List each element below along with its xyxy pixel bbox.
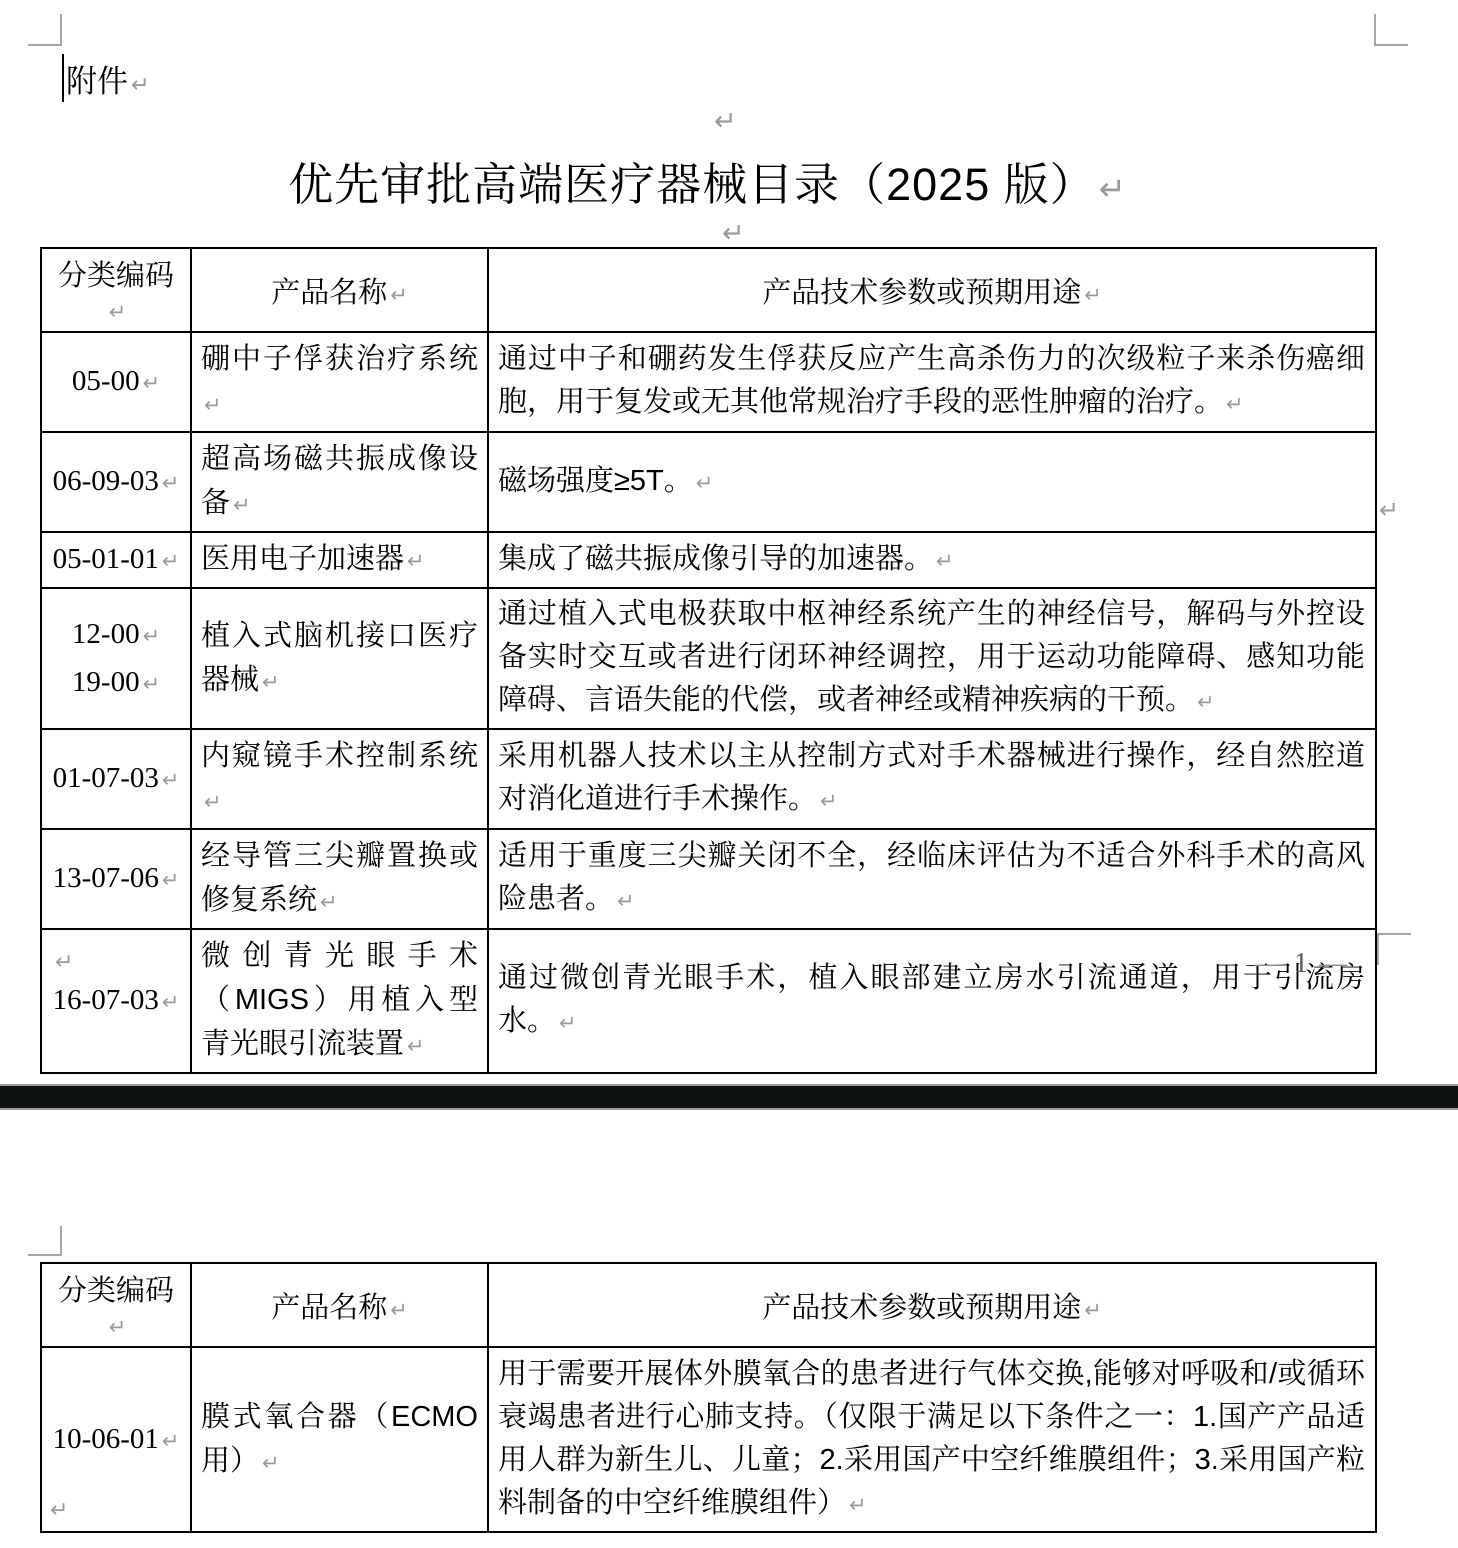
paragraph-mark-icon bbox=[106, 294, 127, 326]
paragraph-mark-icon bbox=[1096, 159, 1127, 210]
paragraph-mark-icon bbox=[556, 1005, 577, 1037]
classification-code: 01-07-03 bbox=[53, 762, 159, 794]
product-specs: 用于需要开展体外膜氧合的患者进行气体交换,能够对呼吸和/或循环衰竭患者进行心肺支… bbox=[498, 1358, 1365, 1519]
paragraph-mark-icon bbox=[140, 666, 161, 698]
product-name: 硼中子俘获治疗系统 bbox=[201, 343, 478, 375]
paragraph-mark-icon bbox=[140, 365, 161, 397]
paragraph-mark-icon bbox=[259, 1445, 280, 1477]
page-title-text: 优先审批高端医疗器械目录（2025 版） bbox=[288, 159, 1096, 210]
paragraph-mark-icon bbox=[259, 664, 280, 696]
paragraph-mark-icon bbox=[230, 487, 251, 519]
paragraph-mark-icon bbox=[106, 1309, 127, 1341]
word-document-canvas[interactable]: { "colors": { "table_border": "#000000",… bbox=[0, 0, 1458, 1548]
margin-corner-top-left-icon bbox=[28, 1226, 62, 1256]
cell-product-specs: 采用机器人技术以主从控制方式对手术器械进行操作，经自然腔道对消化道进行手术操作。 bbox=[488, 729, 1376, 829]
page-number-dash: — bbox=[1319, 948, 1349, 979]
cell-product-name: 超高场磁共振成像设备 bbox=[191, 432, 488, 532]
cell-classification-code: 13-07-06 bbox=[41, 829, 191, 929]
margin-corner-top-left-icon bbox=[28, 14, 62, 46]
table-row: 16-07-03 微创青光眼手术（MIGS）用植入型青光眼引流装置 通过微创青光… bbox=[41, 929, 1376, 1073]
product-specs: 磁场强度≥5T。 bbox=[498, 465, 693, 497]
cell-product-specs: 磁场强度≥5T。 bbox=[488, 432, 1376, 532]
product-name: 经导管三尖瓣置换或修复系统 bbox=[201, 840, 478, 916]
classification-code: 19-00 bbox=[72, 666, 140, 698]
margin-corner-bottom-right-icon bbox=[1377, 933, 1411, 965]
cell-classification-code: 12-00 19-00 bbox=[41, 588, 191, 729]
table-row: 01-07-03 内窥镜手术控制系统 采用机器人技术以主从控制方式对手术器械进行… bbox=[41, 729, 1376, 829]
product-name: 植入式脑机接口医疗器械 bbox=[201, 620, 478, 696]
code-line: 19-00 bbox=[46, 659, 186, 707]
paragraph-mark-icon: ↵ bbox=[1379, 496, 1399, 524]
product-specs: 集成了磁共振成像引导的加速器。 bbox=[498, 543, 933, 575]
table-row: 06-09-03 超高场磁共振成像设备 磁场强度≥5T。 bbox=[41, 432, 1376, 532]
product-name: 膜式氧合器（ECMO 用） bbox=[201, 1401, 478, 1477]
page-break-separator bbox=[0, 1084, 1458, 1110]
table-row: 05-00 硼中子俘获治疗系统 通过中子和硼药发生俘获反应产生高杀伤力的次级粒子… bbox=[41, 332, 1376, 432]
header-text: 产品技术参数或预期用途 bbox=[762, 1292, 1081, 1324]
paragraph-mark-icon bbox=[140, 618, 161, 650]
paragraph-mark-icon bbox=[159, 762, 180, 794]
header-product-name: 产品名称 bbox=[191, 248, 488, 332]
table-row: 05-01-01 医用电子加速器 集成了磁共振成像引导的加速器。 bbox=[41, 532, 1376, 588]
page-number: — 1 — bbox=[1222, 948, 1382, 980]
cell-product-name: 医用电子加速器 bbox=[191, 532, 488, 588]
page-title: 优先审批高端医疗器械目录（2025 版） bbox=[40, 148, 1375, 213]
product-specs: 通过植入式电极获取中枢神经系统产生的神经信号，解码与外控设备实时交互或者进行闭环… bbox=[498, 598, 1365, 716]
cell-product-name: 内窥镜手术控制系统 bbox=[191, 729, 488, 829]
paragraph-mark-icon: ↵ bbox=[714, 106, 737, 137]
classification-code: 13-07-06 bbox=[53, 862, 159, 894]
paragraph-mark-icon: ↵ bbox=[50, 1498, 68, 1523]
header-text: 产品名称 bbox=[271, 277, 387, 309]
paragraph-mark-icon bbox=[317, 884, 338, 916]
paragraph-mark-icon bbox=[159, 543, 180, 575]
paragraph-mark-icon bbox=[1194, 684, 1215, 716]
classification-code: 05-00 bbox=[72, 365, 140, 397]
catalog-table-page1[interactable]: 分类编码 产品名称 产品技术参数或预期用途 05-00 硼中子俘获治疗系统 通过… bbox=[40, 247, 1377, 1074]
table-row: 12-00 19-00 植入式脑机接口医疗器械 通过植入式电极获取中枢神经系统产… bbox=[41, 588, 1376, 729]
classification-code: 06-09-03 bbox=[53, 465, 159, 497]
cell-product-specs: 通过中子和硼药发生俘获反应产生高杀伤力的次级粒子来杀伤癌细胞，用于复发或无其他常… bbox=[488, 332, 1376, 432]
cell-product-name: 膜式氧合器（ECMO 用） bbox=[191, 1347, 488, 1532]
paragraph-mark-icon bbox=[404, 543, 425, 575]
paragraph-mark-icon bbox=[159, 1423, 180, 1455]
paragraph-mark-icon bbox=[614, 883, 635, 915]
catalog-table-page2[interactable]: 分类编码 产品名称 产品技术参数或预期用途 10-06-01 膜式氧合器（ECM… bbox=[40, 1262, 1377, 1533]
cell-product-specs: 通过植入式电极获取中枢神经系统产生的神经信号，解码与外控设备实时交互或者进行闭环… bbox=[488, 588, 1376, 729]
header-classification-code: 分类编码 bbox=[41, 248, 191, 332]
text-cursor bbox=[62, 54, 64, 102]
cell-classification-code: 01-07-03 bbox=[41, 729, 191, 829]
paragraph-mark-icon: ↵ bbox=[55, 950, 73, 975]
paragraph-mark-icon bbox=[1223, 386, 1244, 418]
product-name: 内窥镜手术控制系统 bbox=[201, 740, 478, 772]
classification-code: 05-01-01 bbox=[53, 543, 159, 575]
paragraph-mark-icon bbox=[933, 543, 954, 575]
paragraph-mark-icon bbox=[1081, 1292, 1102, 1324]
paragraph-mark-icon bbox=[159, 465, 180, 497]
paragraph-mark-icon: ↵ bbox=[722, 218, 745, 249]
product-name: 微创青光眼手术（MIGS）用植入型青光眼引流装置 bbox=[201, 940, 478, 1060]
cell-product-name: 经导管三尖瓣置换或修复系统 bbox=[191, 829, 488, 929]
paragraph-mark-icon bbox=[404, 1028, 425, 1060]
header-product-name: 产品名称 bbox=[191, 1263, 488, 1347]
page-number-dash: — bbox=[1255, 948, 1285, 979]
cell-product-specs: 适用于重度三尖瓣关闭不全，经临床评估为不适合外科手术的高风险患者。 bbox=[488, 829, 1376, 929]
page-number-value: 1 bbox=[1294, 948, 1310, 979]
attachment-label: 附件 bbox=[66, 56, 150, 101]
classification-code: 10-06-01 bbox=[53, 1423, 159, 1455]
code-line: 12-00 bbox=[46, 611, 186, 659]
paragraph-mark-icon bbox=[817, 783, 838, 815]
table-row: 10-06-01 膜式氧合器（ECMO 用） 用于需要开展体外膜氧合的患者进行气… bbox=[41, 1347, 1376, 1532]
header-text: 产品技术参数或预期用途 bbox=[762, 277, 1081, 309]
header-product-specs: 产品技术参数或预期用途 bbox=[488, 248, 1376, 332]
classification-code: 12-00 bbox=[72, 618, 140, 650]
header-text: 分类编码 bbox=[58, 1275, 174, 1307]
product-name: 医用电子加速器 bbox=[201, 543, 404, 575]
cell-classification-code: 06-09-03 bbox=[41, 432, 191, 532]
paragraph-mark-icon bbox=[201, 784, 222, 816]
cell-classification-code: 05-01-01 bbox=[41, 532, 191, 588]
table-header-row: 分类编码 产品名称 产品技术参数或预期用途 bbox=[41, 1263, 1376, 1347]
table-row: 13-07-06 经导管三尖瓣置换或修复系统 适用于重度三尖瓣关闭不全，经临床评… bbox=[41, 829, 1376, 929]
paragraph-mark-icon bbox=[846, 1487, 867, 1519]
header-product-specs: 产品技术参数或预期用途 bbox=[488, 1263, 1376, 1347]
margin-corner-top-right-icon bbox=[1374, 14, 1408, 46]
paragraph-mark-icon bbox=[693, 465, 714, 497]
table-header-row: 分类编码 产品名称 产品技术参数或预期用途 bbox=[41, 248, 1376, 332]
classification-code: 16-07-03 bbox=[53, 984, 159, 1016]
attachment-label-text: 附件 bbox=[66, 64, 128, 99]
cell-classification-code: 05-00 bbox=[41, 332, 191, 432]
header-text: 产品名称 bbox=[271, 1292, 387, 1324]
cell-product-specs: 用于需要开展体外膜氧合的患者进行气体交换,能够对呼吸和/或循环衰竭患者进行心肺支… bbox=[488, 1347, 1376, 1532]
paragraph-mark-icon bbox=[159, 862, 180, 894]
paragraph-mark-icon bbox=[1081, 277, 1102, 309]
header-classification-code: 分类编码 bbox=[41, 1263, 191, 1347]
product-specs: 采用机器人技术以主从控制方式对手术器械进行操作，经自然腔道对消化道进行手术操作。 bbox=[498, 740, 1365, 815]
cell-product-name: 植入式脑机接口医疗器械 bbox=[191, 588, 488, 729]
cell-product-name: 硼中子俘获治疗系统 bbox=[191, 332, 488, 432]
paragraph-mark-icon bbox=[387, 277, 408, 309]
cell-product-name: 微创青光眼手术（MIGS）用植入型青光眼引流装置 bbox=[191, 929, 488, 1073]
paragraph-mark-icon bbox=[387, 1292, 408, 1324]
paragraph-mark-icon bbox=[128, 64, 150, 99]
paragraph-mark-icon bbox=[201, 387, 222, 419]
cell-product-specs: 集成了磁共振成像引导的加速器。 bbox=[488, 532, 1376, 588]
paragraph-mark-icon bbox=[159, 984, 180, 1016]
header-text: 分类编码 bbox=[58, 260, 174, 292]
